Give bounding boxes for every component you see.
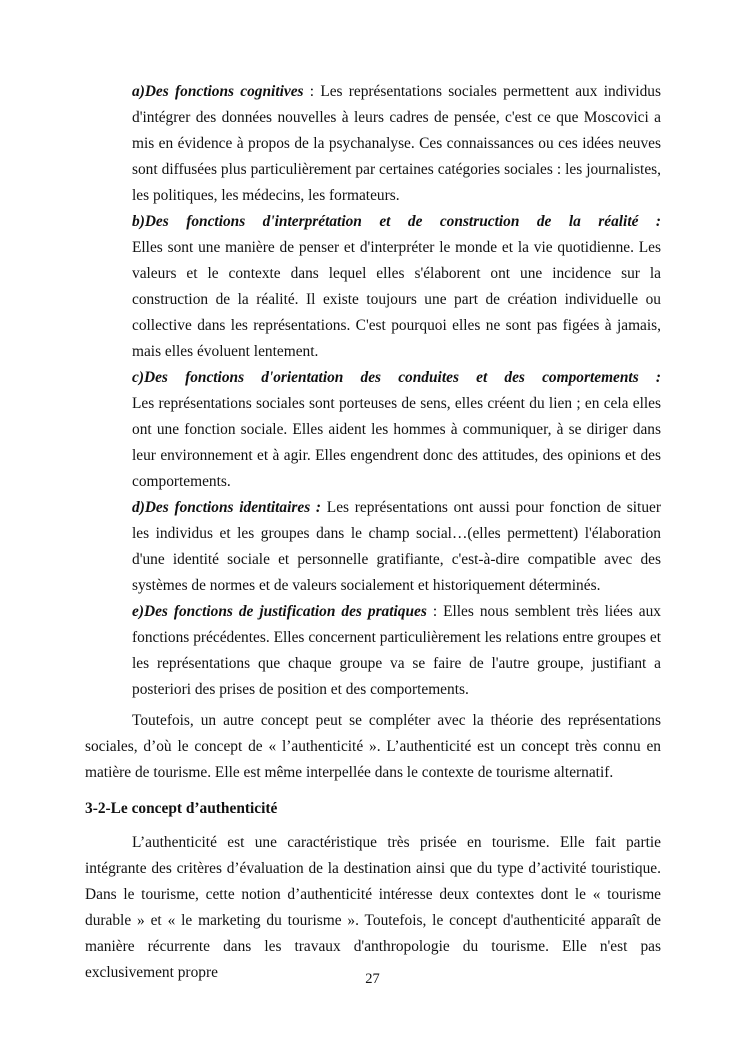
list-item-e: e)Des fonctions de justification des pra… (132, 599, 661, 703)
item-lead: e)Des fonctions de justification des pra… (132, 603, 427, 620)
item-text: Les représentations sociales permettent … (132, 83, 661, 204)
document-content: a)Des fonctions cognitives : Les représe… (85, 79, 661, 986)
item-lead: b)Des fonctions d'interprétation et de c… (132, 209, 661, 235)
page-number: 27 (0, 971, 745, 988)
item-text: Elles sont une manière de penser et d'in… (132, 235, 661, 365)
item-separator: : (304, 83, 321, 100)
item-text: Les représentations sociales sont porteu… (132, 391, 661, 495)
list-item-c: c)Des fonctions d'orientation des condui… (132, 365, 661, 495)
list-item-b: b)Des fonctions d'interprétation et de c… (132, 209, 661, 365)
item-lead: d)Des fonctions identitaires : (132, 499, 321, 516)
list-item-a: a)Des fonctions cognitives : Les représe… (132, 79, 661, 209)
item-lead: a)Des fonctions cognitives (132, 83, 304, 100)
paragraph-authenticity-body: L’authenticité est une caractéristique t… (85, 830, 661, 986)
list-item-d: d)Des fonctions identitaires : Les repré… (132, 495, 661, 599)
document-page: a)Des fonctions cognitives : Les représe… (0, 0, 745, 1053)
item-lead: c)Des fonctions d'orientation des condui… (132, 365, 661, 391)
paragraph-authenticity-intro: Toutefois, un autre concept peut se comp… (85, 708, 661, 786)
item-separator: : (427, 603, 443, 620)
section-heading-3-2: 3-2-Le concept d’authenticité (85, 796, 661, 822)
